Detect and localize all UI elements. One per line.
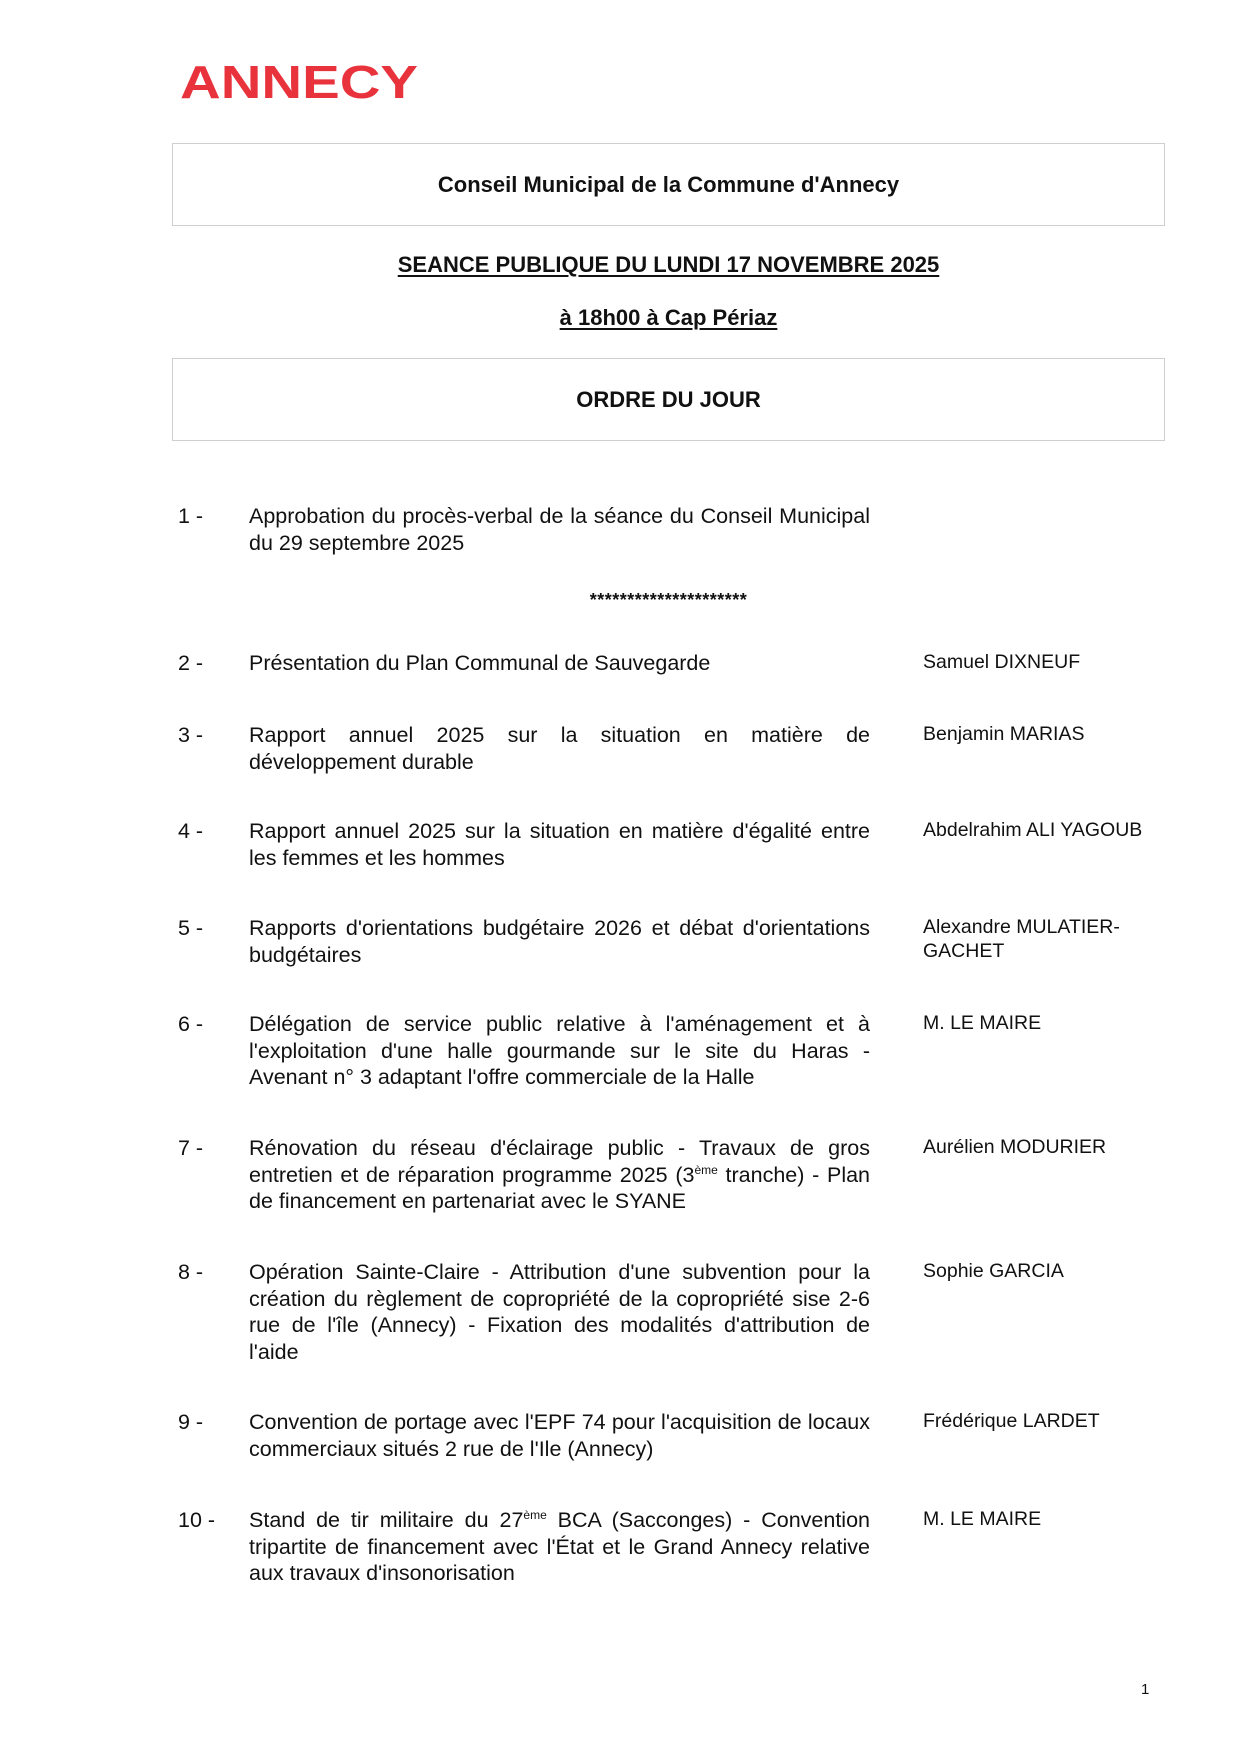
item-number: 5 - xyxy=(178,915,248,942)
item-title: Délégation de service public relative à … xyxy=(249,1011,870,1091)
item-title: Opération Sainte-Claire - Attribution d'… xyxy=(249,1259,870,1365)
session-heading: SEANCE PUBLIQUE DU LUNDI 17 NOVEMBRE 202… xyxy=(0,252,1241,278)
item-presenter: Alexandre MULATIER-GACHET xyxy=(923,915,1153,963)
agenda-title-box: ORDRE DU JOUR xyxy=(172,358,1165,441)
item-title: Rapport annuel 2025 sur la situation en … xyxy=(249,818,870,871)
item-title: Rénovation du réseau d'éclairage public … xyxy=(249,1135,870,1215)
annecy-logo-icon: ANNECY xyxy=(180,60,420,104)
item-number: 7 - xyxy=(178,1135,248,1162)
item-title: Approbation du procès-verbal de la séanc… xyxy=(249,503,870,556)
council-title-box: Conseil Municipal de la Commune d'Annecy xyxy=(172,143,1165,226)
item-title: Rapport annuel 2025 sur la situation en … xyxy=(249,722,870,775)
item-presenter: Aurélien MODURIER xyxy=(923,1135,1153,1159)
item-presenter: M. LE MAIRE xyxy=(923,1011,1153,1035)
item-title: Rapports d'orientations budgétaire 2026 … xyxy=(249,915,870,968)
item-number: 6 - xyxy=(178,1011,248,1038)
item-number: 9 - xyxy=(178,1409,248,1436)
item-presenter: Frédérique LARDET xyxy=(923,1409,1153,1433)
item-presenter: M. LE MAIRE xyxy=(923,1507,1153,1531)
svg-text:ANNECY: ANNECY xyxy=(180,60,418,104)
item-number: 4 - xyxy=(178,818,248,845)
time-place-heading: à 18h00 à Cap Périaz xyxy=(0,305,1241,331)
item-presenter: Abdelrahim ALI YAGOUB xyxy=(923,818,1153,842)
agenda-title: ORDRE DU JOUR xyxy=(576,387,761,413)
item-presenter: Samuel DIXNEUF xyxy=(923,650,1153,674)
page-number: 1 xyxy=(1141,1681,1149,1698)
item-title: Présentation du Plan Communal de Sauvega… xyxy=(249,650,870,677)
item-number: 1 - xyxy=(178,503,248,530)
separator-stars: ********************* xyxy=(0,590,1241,611)
item-number: 3 - xyxy=(178,722,248,749)
council-title: Conseil Municipal de la Commune d'Annecy xyxy=(438,172,899,198)
item-presenter: Sophie GARCIA xyxy=(923,1259,1153,1283)
annecy-logo: ANNECY xyxy=(180,60,420,110)
item-number: 2 - xyxy=(178,650,248,677)
item-presenter: Benjamin MARIAS xyxy=(923,722,1153,746)
item-number: 8 - xyxy=(178,1259,248,1286)
item-title: Convention de portage avec l'EPF 74 pour… xyxy=(249,1409,870,1462)
item-title: Stand de tir militaire du 27ème BCA (Sac… xyxy=(249,1507,870,1587)
item-number: 10 - xyxy=(178,1507,248,1534)
